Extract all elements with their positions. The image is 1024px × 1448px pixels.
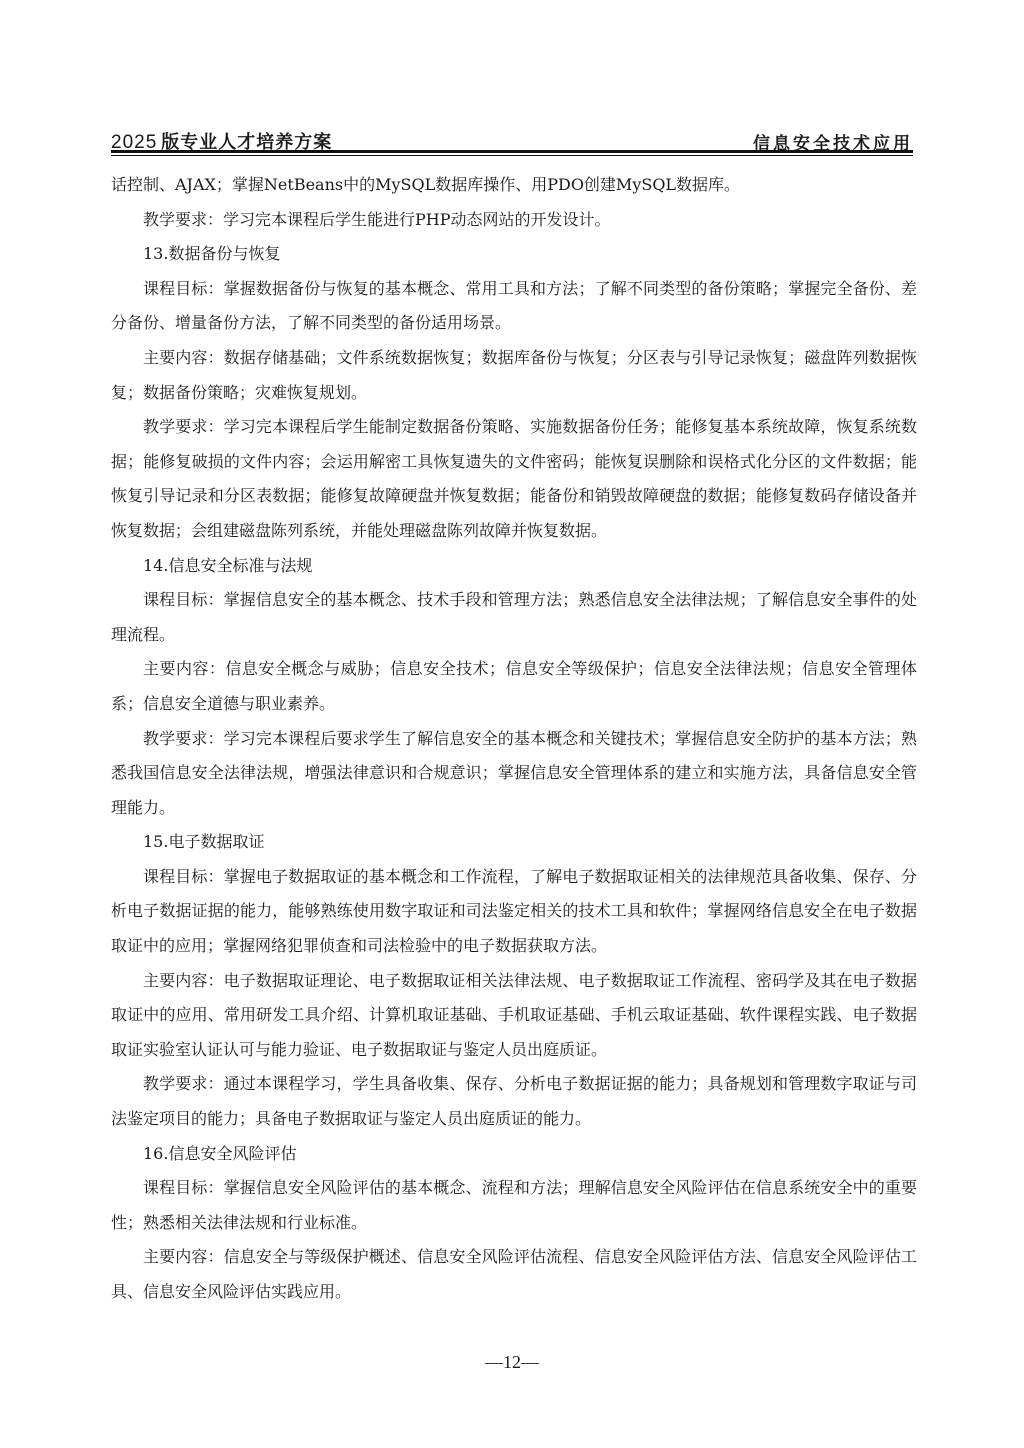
paragraph-teaching-requirement: 教学要求：通过本课程学习，学生具备收集、保存、分析电子数据证据的能力；具备规划和… [111,1067,917,1136]
paragraph-main-content: 主要内容：信息安全与等级保护概述、信息安全风险评估流程、信息安全风险评估方法、信… [111,1240,917,1309]
paragraph-teaching-requirement: 教学要求：学习完本课程后学生能制定数据备份策略、实施数据备份任务；能修复基本系统… [111,410,917,548]
paragraph-course-goal: 课程目标：掌握信息安全风险评估的基本概念、流程和方法；理解信息安全风险评估在信息… [111,1171,917,1240]
header-rule-thin [111,155,913,156]
header-rule-thick [111,150,913,153]
course-heading-15: 15.电子数据取证 [111,825,917,860]
paragraph-teaching-requirement: 教学要求：学习完本课程后学生能进行PHP动态网站的开发设计。 [111,203,917,238]
course-heading-14: 14.信息安全标准与法规 [111,549,917,584]
paragraph-course-goal: 课程目标：掌握信息安全的基本概念、技术手段和管理方法；熟悉信息安全法律法规；了解… [111,583,917,652]
page-number: —12— [0,1352,1024,1373]
paragraph-teaching-requirement: 教学要求：学习完本课程后要求学生了解信息安全的基本概念和关键技术；掌握信息安全防… [111,722,917,826]
document-body: 话控制、AJAX；掌握NetBeans中的MySQL数据库操作、用PDO创建My… [111,168,917,1310]
paragraph-course-goal: 课程目标：掌握电子数据取证的基本概念和工作流程，了解电子数据取证相关的法律规范具… [111,860,917,964]
paragraph-continuation: 话控制、AJAX；掌握NetBeans中的MySQL数据库操作、用PDO创建My… [111,168,917,203]
course-heading-13: 13.数据备份与恢复 [111,237,917,272]
paragraph-main-content: 主要内容：电子数据取证理论、电子数据取证相关法律法规、电子数据取证工作流程、密码… [111,964,917,1068]
paragraph-main-content: 主要内容：信息安全概念与威胁；信息安全技术；信息安全等级保护；信息安全法律法规；… [111,652,917,721]
course-heading-16: 16.信息安全风险评估 [111,1137,917,1172]
paragraph-course-goal: 课程目标：掌握数据备份与恢复的基本概念、常用工具和方法；了解不同类型的备份策略；… [111,272,917,341]
paragraph-main-content: 主要内容：数据存储基础；文件系统数据恢复；数据库备份与恢复；分区表与引导记录恢复… [111,341,917,410]
